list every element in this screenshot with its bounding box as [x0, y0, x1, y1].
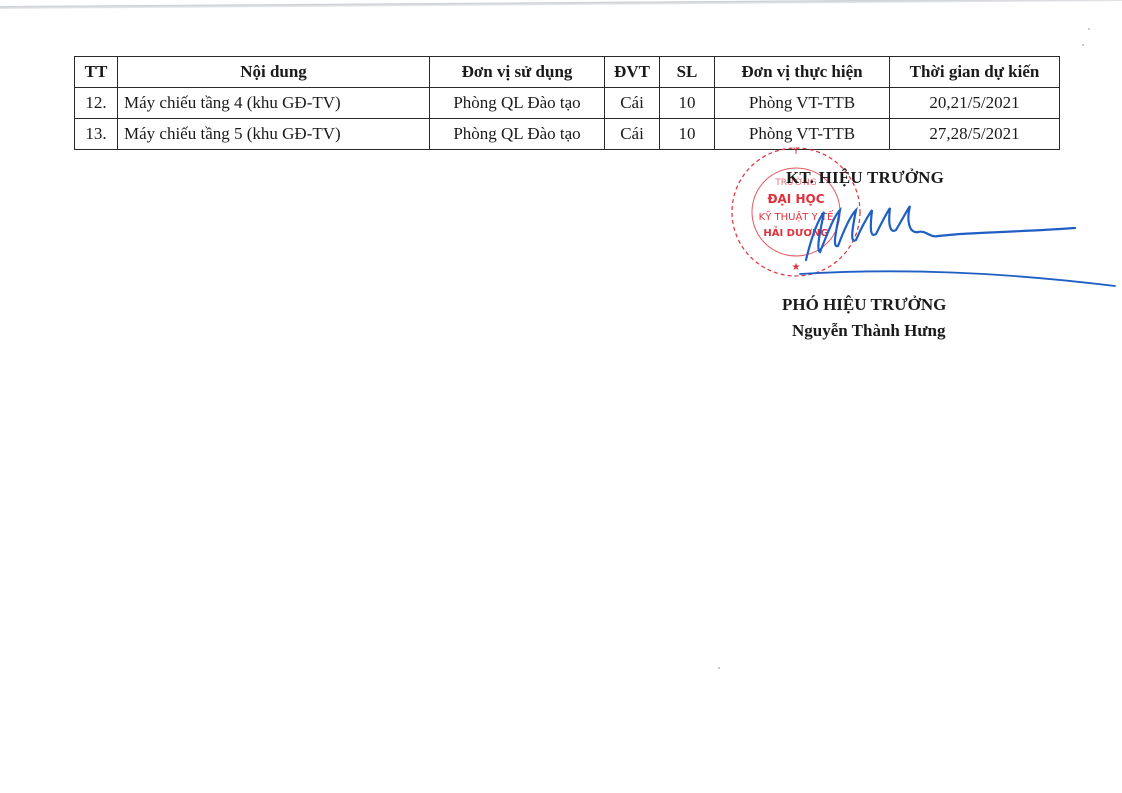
cell-unit: Cái: [605, 88, 660, 119]
handwritten-signature: [720, 140, 1120, 300]
scan-speck: [718, 667, 720, 669]
cell-content: Máy chiếu tầng 4 (khu GĐ-TV): [118, 88, 430, 119]
cell-unit: Cái: [605, 119, 660, 150]
cell-user-unit: Phòng QL Đào tạo: [430, 88, 605, 119]
equipment-schedule-table: TT Nội dung Đơn vị sử dụng ĐVT SL Đơn vị…: [74, 56, 1060, 150]
signer-name: Nguyễn Thành Hưng: [792, 321, 946, 341]
cell-content: Máy chiếu tầng 5 (khu GĐ-TV): [118, 119, 430, 150]
signature-position: PHÓ HIỆU TRƯỞNG: [782, 295, 946, 315]
cell-time: 20,21/5/2021: [890, 88, 1060, 119]
scan-speck: [1088, 28, 1090, 30]
cell-user-unit: Phòng QL Đào tạo: [430, 119, 605, 150]
cell-executor: Phòng VT-TTB: [715, 88, 890, 119]
header-executor: Đơn vị thực hiện: [715, 57, 890, 88]
header-content: Nội dung: [118, 57, 430, 88]
header-quantity: SL: [660, 57, 715, 88]
scan-speck: [1082, 44, 1084, 46]
header-tt: TT: [75, 57, 118, 88]
header-unit: ĐVT: [605, 57, 660, 88]
header-time: Thời gian dự kiến: [890, 57, 1060, 88]
table-row: 12. Máy chiếu tầng 4 (khu GĐ-TV) Phòng Q…: [75, 88, 1060, 119]
cell-tt: 12.: [75, 88, 118, 119]
cell-quantity: 10: [660, 119, 715, 150]
signature-block: Y TRƯỜNG ĐẠI HỌC KỸ THUẬT Y TẾ HẢI DƯƠNG…: [720, 140, 1120, 360]
header-user-unit: Đơn vị sử dụng: [430, 57, 605, 88]
scan-edge: [0, 0, 1122, 9]
cell-quantity: 10: [660, 88, 715, 119]
cell-tt: 13.: [75, 119, 118, 150]
table-header-row: TT Nội dung Đơn vị sử dụng ĐVT SL Đơn vị…: [75, 57, 1060, 88]
